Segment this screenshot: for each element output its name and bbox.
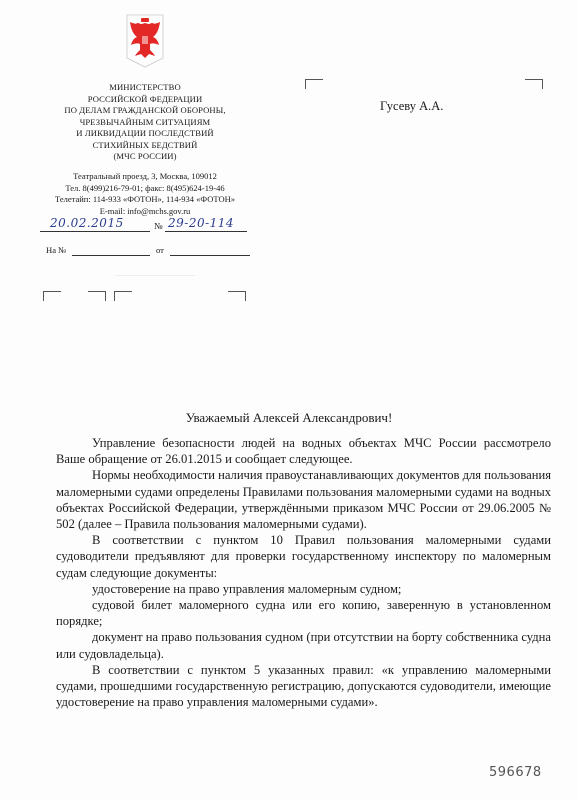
paragraph: Управление безопасности людей на водных … — [56, 435, 551, 467]
bleed-through-text: ────────────── — [70, 270, 240, 281]
ministry-line: ПО ДЕЛАМ ГРАЖДАНСКОЙ ОБОРОНЫ, — [40, 105, 250, 117]
ministry-line: СТИХИЙНЫХ БЕДСТВИЙ — [40, 140, 250, 152]
double-headed-eagle-icon — [126, 14, 164, 68]
list-item: удостоверение на право управления маломе… — [56, 581, 551, 597]
list-item: документ на право пользования судном (пр… — [56, 629, 551, 661]
reply-number-field — [72, 255, 150, 256]
ministry-name: МИНИСТЕРСТВО РОССИЙСКОЙ ФЕДЕРАЦИИ ПО ДЕЛ… — [40, 82, 250, 163]
paragraph: Нормы необходимости наличия правоустанав… — [56, 467, 551, 532]
corner-mark-top-left — [114, 291, 132, 301]
page-stamp-number: 596678 — [489, 765, 542, 780]
addressee: Гусеву А.А. — [380, 99, 443, 114]
teletype-line: Телетайп: 114-933 «ФОТОН», 114-934 «ФОТО… — [20, 194, 270, 206]
registration-line: 20.02.2015 № 29-20-114 — [40, 215, 245, 233]
number-underline — [165, 231, 247, 232]
paragraph: В соответствии с пунктом 10 Правил польз… — [56, 532, 551, 581]
paragraph: В соответствии с пунктом 5 указанных пра… — [56, 662, 551, 711]
reply-reference-line: На № от — [40, 245, 250, 261]
address-line: Театральный проезд, 3, Москва, 109012 — [20, 171, 270, 183]
ministry-line: И ЛИКВИДАЦИИ ПОСЛЕДСТВИЙ — [40, 128, 250, 140]
addressee-corner-top-right — [525, 79, 543, 89]
coat-of-arms-emblem — [126, 14, 164, 68]
greeting: Уважаемый Алексей Александрович! — [0, 410, 578, 426]
contact-block: Театральный проезд, 3, Москва, 109012 Те… — [20, 171, 270, 217]
ministry-line: ЧРЕЗВЫЧАЙНЫМ СИТУАЦИЯМ — [40, 117, 250, 129]
number-sign: № — [154, 221, 163, 231]
corner-mark-top-right — [88, 291, 106, 301]
registration-number: 29-20-114 — [168, 216, 234, 230]
date-underline — [40, 231, 150, 232]
corner-mark-top-right — [228, 291, 246, 301]
letter-body: Управление безопасности людей на водных … — [56, 435, 551, 710]
phone-line: Тел. 8(499)216-79-01; факс: 8(495)624-19… — [20, 183, 270, 195]
corner-mark-top-left — [43, 291, 61, 301]
ministry-line: (МЧС РОССИИ) — [40, 151, 250, 163]
reply-date-field — [170, 255, 250, 256]
ministry-line: МИНИСТЕРСТВО — [40, 82, 250, 94]
registration-date: 20.02.2015 — [50, 216, 124, 230]
reply-number-label: На № — [46, 245, 66, 255]
addressee-corner-top-left — [305, 79, 323, 89]
ministry-line: РОССИЙСКОЙ ФЕДЕРАЦИИ — [40, 94, 250, 106]
reply-from-label: от — [156, 245, 164, 255]
list-item: судовой билет маломерного судна или его … — [56, 597, 551, 629]
